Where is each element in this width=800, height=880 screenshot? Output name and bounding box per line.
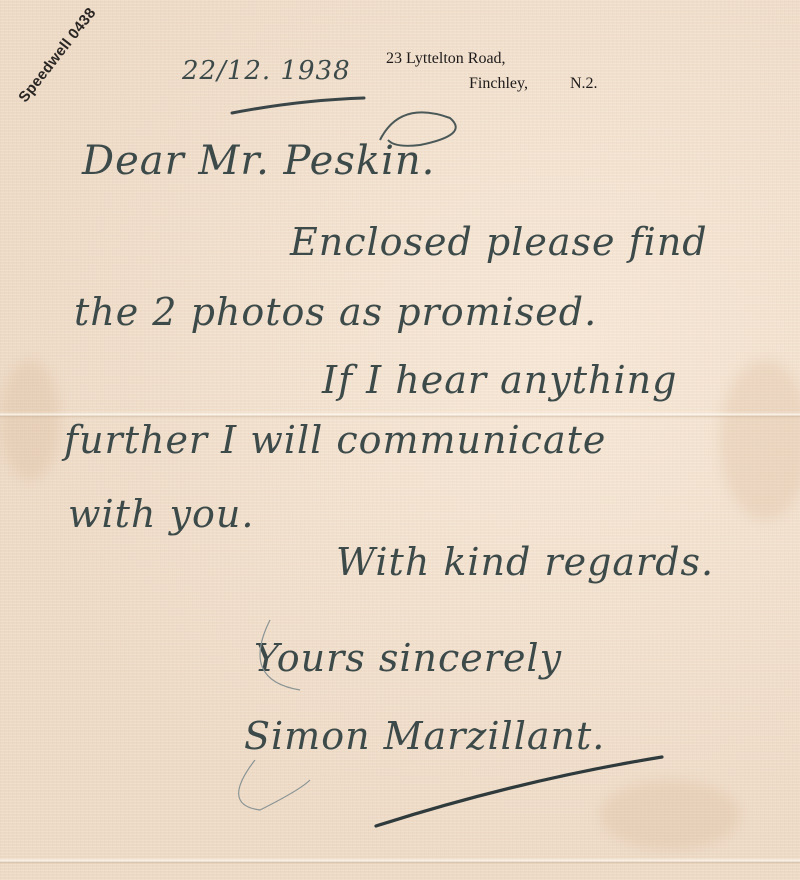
address-line-street: 23 Lyttelton Road,: [386, 50, 506, 68]
body-line: Enclosed please find: [290, 220, 708, 264]
body-line: the 2 photos as promised.: [74, 290, 597, 334]
valediction: Yours sincerely: [254, 636, 562, 680]
signature-flourish: [239, 760, 310, 810]
fold-crease: [0, 858, 800, 864]
letter-sheet: Speedwell 0438 23 Lyttelton Road, Finchl…: [0, 0, 800, 880]
body-line: with you.: [68, 492, 254, 536]
address-line-town: Finchley,: [469, 75, 528, 93]
paper-stain: [600, 780, 740, 850]
salutation: Dear Mr. Peskin.: [82, 138, 435, 184]
body-line: If I hear anything: [322, 358, 677, 402]
date-underline: [232, 98, 364, 113]
paper-stain: [720, 360, 800, 520]
signature: Simon Marzillant.: [244, 714, 605, 758]
address-postcode: N.2.: [570, 75, 598, 93]
letter-date: 22/12. 1938: [182, 56, 351, 86]
paper-stain: [0, 360, 60, 480]
closing-line: With kind regards.: [336, 540, 714, 584]
body-line: further I will communicate: [64, 418, 606, 462]
telephone-stamp: Speedwell 0438: [15, 5, 99, 106]
